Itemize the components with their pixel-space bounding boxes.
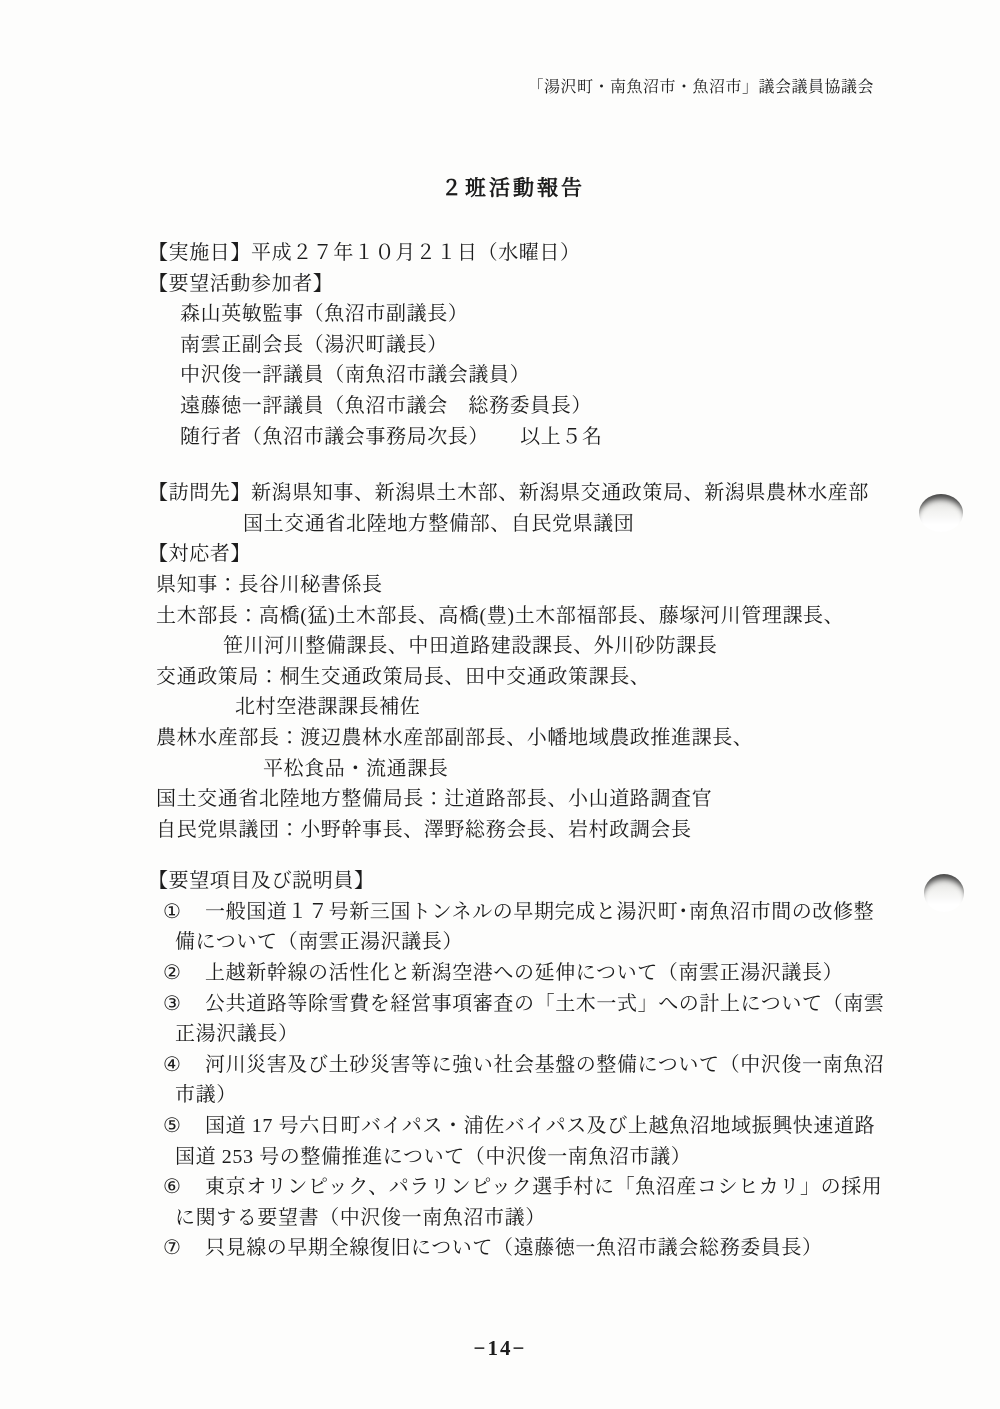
requests-heading: 【要望項目及び説明員】: [148, 866, 892, 897]
scanned-document-page: 「湯沢町・南魚沼市・魚沼市」議会議員協議会 ２班活動報告 【実施日】平成２７年１…: [0, 0, 1000, 1409]
visits-line: 【訪問先】新潟県知事、新潟県土木部、新潟県交通政策局、新潟県農林水産部: [148, 478, 892, 509]
document-header: 「湯沢町・南魚沼市・魚沼市」議会議員協議会: [527, 74, 874, 97]
request-item-continuation: 市議）: [175, 1080, 892, 1111]
page-number: −14−: [0, 1336, 1000, 1361]
request-item-text: 只見線の早期全線復旧について（遠藤徳一魚沼市議会総務委員長）: [205, 1237, 823, 1259]
respondent-line: 自民党県議団：小野幹事長、澤野総務会長、岩村政調会長: [156, 815, 892, 846]
participants-heading: 【要望活動参加者】: [148, 269, 892, 300]
respondent-line: 交通政策局：桐生交通政策局長、田中交通政策課長、: [156, 662, 892, 693]
request-item-continuation: 国道 253 号の整備推進について（中沢俊一南魚沼市議）: [175, 1142, 892, 1173]
request-item-text: 公共道路等除雪費を経営事項審査の「土木一式」への計上について（南雲: [205, 993, 884, 1015]
punch-hole-bottom: [924, 874, 964, 912]
request-item: ⑦只見線の早期全線復旧について（遠藤徳一魚沼市議会総務委員長）: [148, 1233, 892, 1264]
participant-line: 随行者（魚沼市議会事務局次長） 以上５名: [180, 422, 892, 453]
request-item-number: ④: [163, 1050, 205, 1081]
respondent-line: 農林水産部長：渡辺農林水産部副部長、小幡地域農政推進課長、: [156, 723, 892, 754]
request-item-continuation: 正湯沢議長）: [175, 1019, 892, 1050]
visits-line-continuation: 国土交通省北陸地方整備部、自民党県議団: [243, 509, 892, 540]
requests-section: 【要望項目及び説明員】 ①一般国道１７号新三国トンネルの早期完成と湯沢町･南魚沼…: [148, 866, 892, 1264]
date-line: 【実施日】平成２７年１０月２１日（水曜日）: [148, 238, 892, 269]
request-item-text: 東京オリンピック、パラリンピック選手村に「魚沼産コシヒカリ」の採用: [205, 1176, 882, 1198]
participant-line: 南雲正副会長（湯沢町議長）: [180, 330, 892, 361]
request-item-number: ③: [163, 989, 205, 1020]
document-body: 【実施日】平成２７年１０月２１日（水曜日） 【要望活動参加者】 森山英敏監事（魚…: [148, 238, 892, 1264]
request-item-continuation: 備について（南雲正湯沢議長）: [175, 927, 892, 958]
respondent-line: 国土交通省北陸地方整備局長：辻道路部長、小山道路調査官: [156, 784, 892, 815]
punch-hole-top: [919, 494, 963, 532]
request-item-number: ②: [163, 958, 205, 989]
respondents-heading: 【対応者】: [148, 539, 892, 570]
request-item: ⑤国道 17 号六日町バイパス・浦佐バイパス及び上越魚沼地域振興快速道路 国道 …: [148, 1111, 892, 1172]
request-item: ④河川災害及び土砂災害等に強い社会基盤の整備について（中沢俊一南魚沼 市議）: [148, 1050, 892, 1111]
participant-line: 中沢俊一評議員（南魚沼市議会議員）: [180, 360, 892, 391]
respondent-line: 土木部長：高橋(猛)土木部長、高橋(豊)土木部福部長、藤塚河川管理課長、: [156, 601, 892, 632]
request-item-text: 上越新幹線の活性化と新潟空港への延伸について（南雲正湯沢議長）: [205, 962, 843, 984]
request-item-text: 一般国道１７号新三国トンネルの早期完成と湯沢町･南魚沼市間の改修整: [205, 901, 874, 923]
request-item: ①一般国道１７号新三国トンネルの早期完成と湯沢町･南魚沼市間の改修整 備について…: [148, 897, 892, 958]
request-item-number: ⑦: [163, 1233, 205, 1264]
participant-line: 森山英敏監事（魚沼市副議長）: [180, 299, 892, 330]
request-item-continuation: に関する要望書（中沢俊一南魚沼市議）: [175, 1203, 892, 1234]
respondent-line-continuation: 平松食品・流通課長: [263, 754, 892, 785]
page-title: ２班活動報告: [441, 172, 585, 202]
request-item: ⑥東京オリンピック、パラリンピック選手村に「魚沼産コシヒカリ」の採用 に関する要…: [148, 1172, 892, 1233]
request-item-text: 河川災害及び土砂災害等に強い社会基盤の整備について（中沢俊一南魚沼: [205, 1054, 884, 1076]
request-item-number: ①: [163, 897, 205, 928]
request-item: ③公共道路等除雪費を経営事項審査の「土木一式」への計上について（南雲 正湯沢議長…: [148, 989, 892, 1050]
participant-line: 遠藤徳一評議員（魚沼市議会 総務委員長）: [180, 391, 892, 422]
request-item-number: ⑤: [163, 1111, 205, 1142]
respondent-line-continuation: 北村空港課課長補佐: [235, 692, 892, 723]
respondent-line-continuation: 笹川河川整備課長、中田道路建設課長、外川砂防課長: [223, 631, 892, 662]
respondent-line: 県知事：長谷川秘書係長: [156, 570, 892, 601]
visits-section: 【訪問先】新潟県知事、新潟県土木部、新潟県交通政策局、新潟県農林水産部 国土交通…: [148, 478, 892, 539]
request-item-text: 国道 17 号六日町バイパス・浦佐バイパス及び上越魚沼地域振興快速道路: [205, 1115, 875, 1137]
request-item: ②上越新幹線の活性化と新潟空港への延伸について（南雲正湯沢議長）: [148, 958, 892, 989]
request-item-number: ⑥: [163, 1172, 205, 1203]
